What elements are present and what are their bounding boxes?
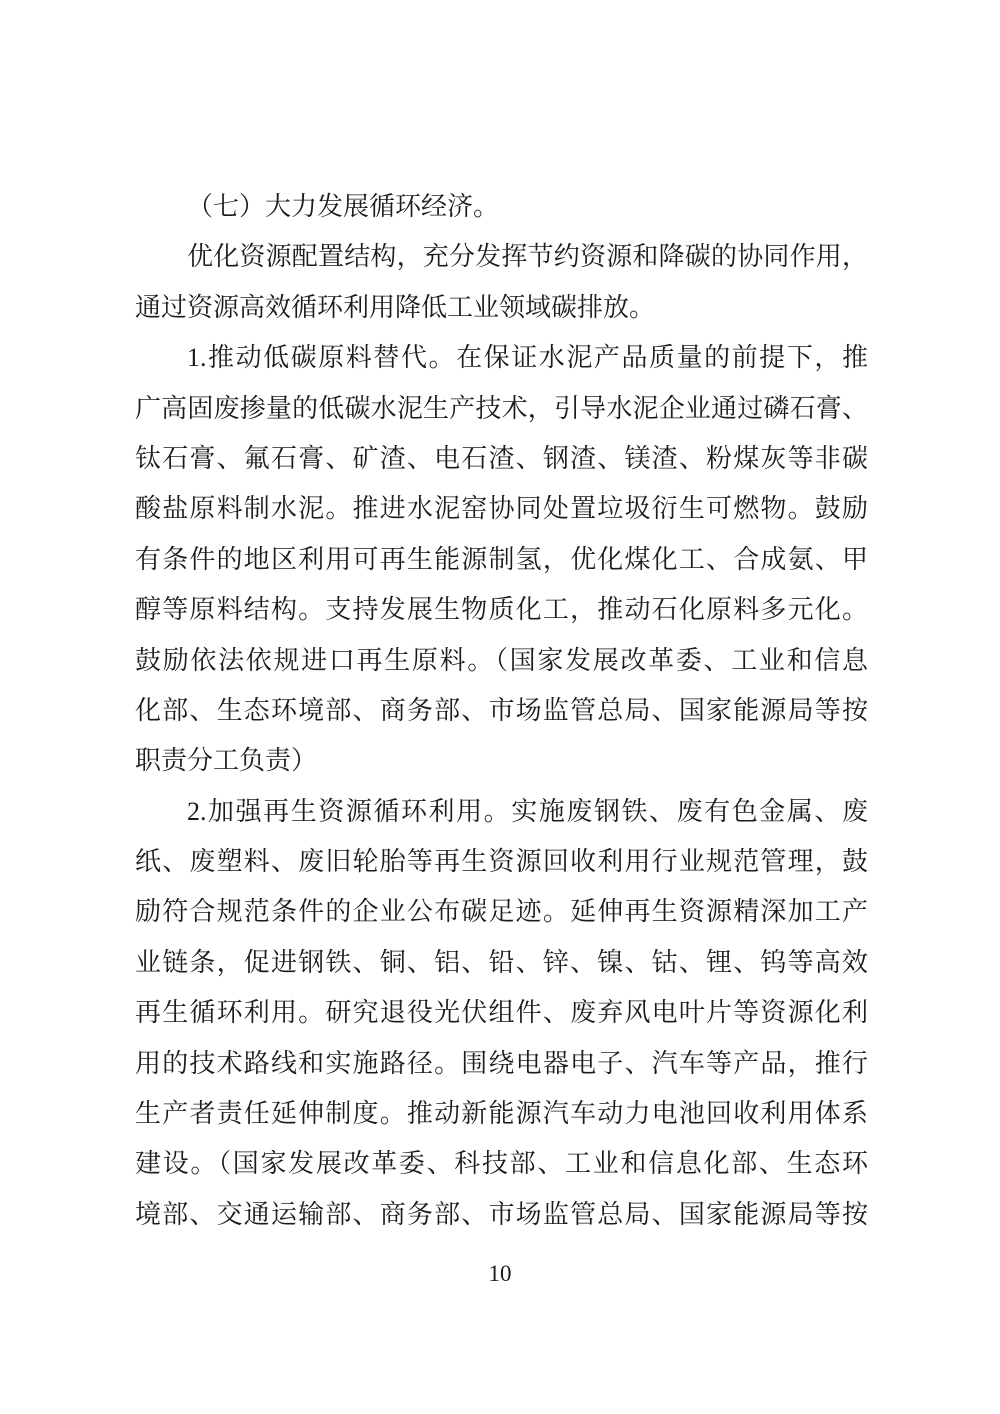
text-line: 用的技术路线和实施路径。围绕电器电子、汽车等产品，推行 [135,1039,868,1089]
text-line: 1.推动低碳原料替代。在保证水泥产品质量的前提下，推 [135,333,868,383]
section-heading: （七）大力发展循环经济。 [135,182,868,232]
text-line: 业链条，促进钢铁、铜、铝、铅、锌、镍、钴、锂、钨等高效 [135,938,868,988]
text-line: 鼓励依法依规进口再生原料。（国家发展改革委、工业和信息 [135,636,868,686]
text-line: 纸、废塑料、废旧轮胎等再生资源回收利用行业规范管理，鼓 [135,837,868,887]
text-line: 通过资源高效循环利用降低工业领域碳排放。 [135,283,868,333]
text-line: 有条件的地区利用可再生能源制氢，优化煤化工、合成氨、甲 [135,535,868,585]
text-line: 广高固废掺量的低碳水泥生产技术，引导水泥企业通过磷石膏、 [135,384,868,434]
text-line: 2.加强再生资源循环利用。实施废钢铁、废有色金属、废 [135,787,868,837]
text-line: 酸盐原料制水泥。推进水泥窑协同处置垃圾衍生可燃物。鼓励 [135,484,868,534]
text-line: 职责分工负责） [135,736,868,786]
document-page: （七）大力发展循环经济。 优化资源配置结构，充分发挥节约资源和降碳的协同作用， … [0,0,1000,1414]
page-number: 10 [0,1258,1000,1290]
body-text: （七）大力发展循环经济。 优化资源配置结构，充分发挥节约资源和降碳的协同作用， … [135,182,868,1240]
text-line: 钛石膏、氟石膏、矿渣、电石渣、钢渣、镁渣、粉煤灰等非碳 [135,434,868,484]
text-line: 优化资源配置结构，充分发挥节约资源和降碳的协同作用， [135,232,868,282]
text-line: 励符合规范条件的企业公布碳足迹。延伸再生资源精深加工产 [135,887,868,937]
text-line: 再生循环利用。研究退役光伏组件、废弃风电叶片等资源化利 [135,988,868,1038]
text-line: 化部、生态环境部、商务部、市场监管总局、国家能源局等按 [135,686,868,736]
text-line: 生产者责任延伸制度。推动新能源汽车动力电池回收利用体系 [135,1089,868,1139]
text-line: 醇等原料结构。支持发展生物质化工，推动石化原料多元化。 [135,585,868,635]
text-line: 境部、交通运输部、商务部、市场监管总局、国家能源局等按 [135,1190,868,1240]
text-line: 建设。（国家发展改革委、科技部、工业和信息化部、生态环 [135,1139,868,1189]
